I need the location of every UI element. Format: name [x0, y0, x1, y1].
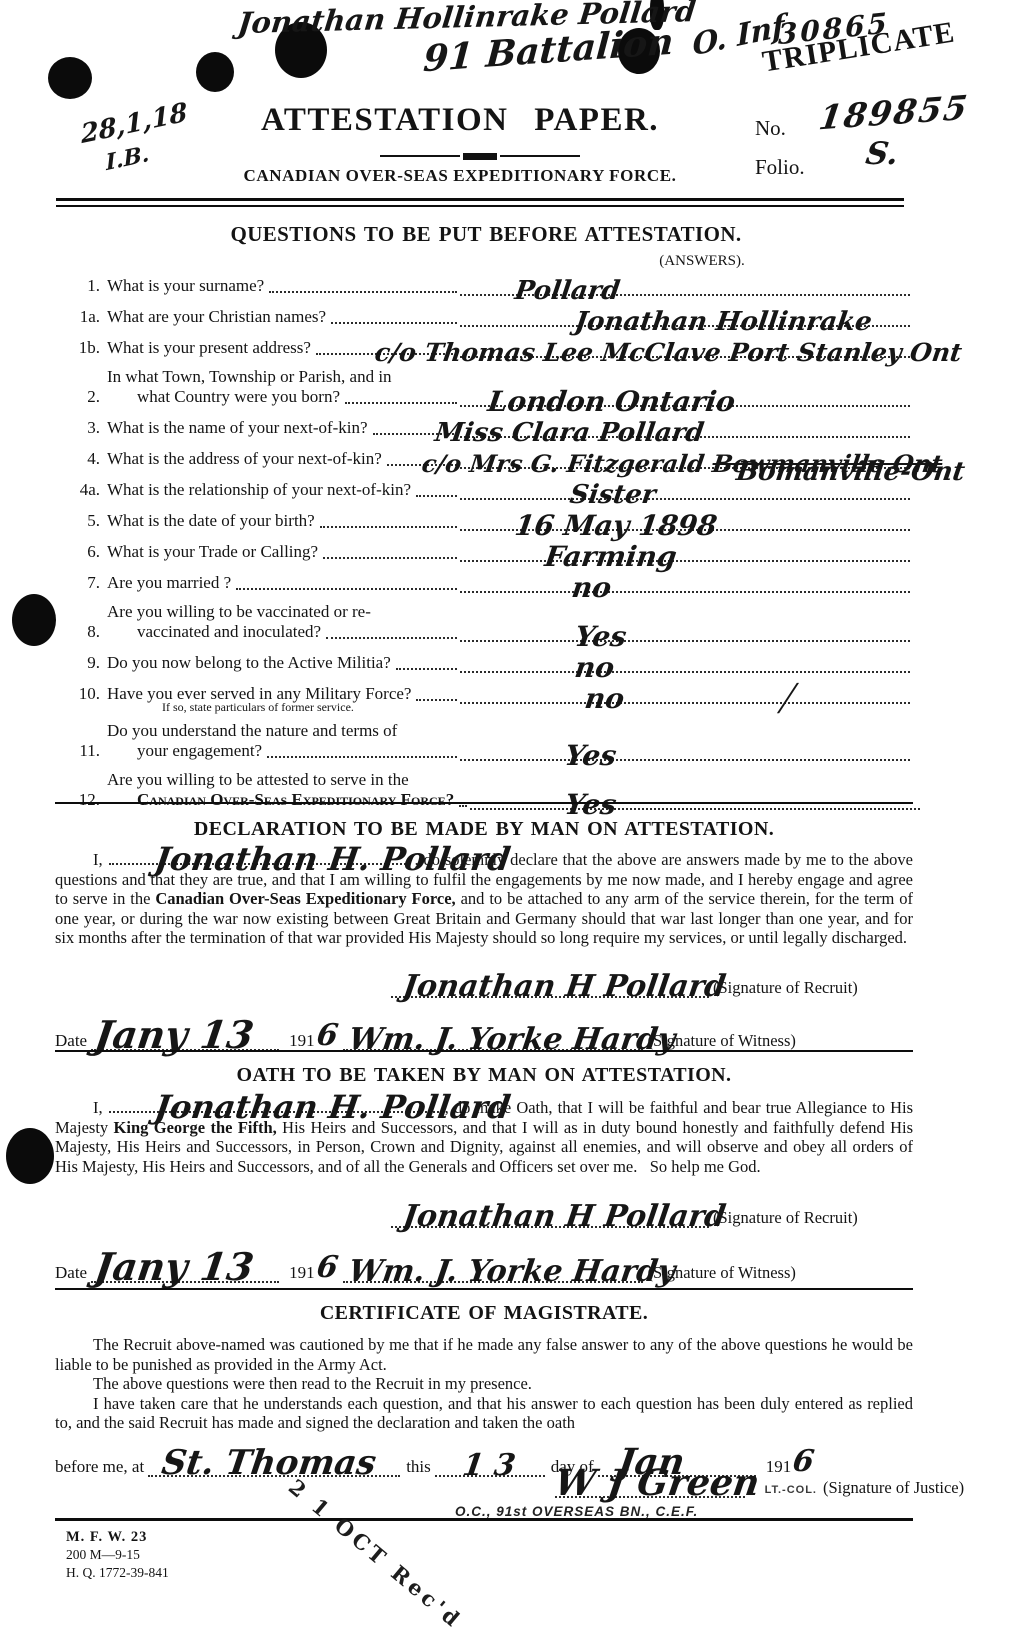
handwritten-declaration-name: Jonathan H. Pollard [115, 850, 511, 870]
intro-word: I, [93, 850, 103, 869]
date-label: Date [55, 1031, 87, 1051]
handwritten-oath-name: Jonathan H. Pollard [115, 1098, 511, 1118]
dotted-leader [416, 697, 457, 701]
subtitle: CANADIAN OVER-SEAS EXPEDITIONARY FORCE. [180, 166, 740, 186]
ink-blob [196, 52, 234, 92]
hq-code: H. Q. 1772-39-841 [66, 1564, 169, 1582]
handwritten-answer: no [571, 578, 613, 598]
question-row-3: 3. What is the name of your next-of-kin?… [62, 416, 910, 438]
question-text-line2: vaccinated and inoculated? [137, 622, 321, 642]
certificate-paragraph-1: The Recruit above-named was cautioned by… [55, 1335, 913, 1374]
declaration-body-bold: Canadian Over-Seas Expeditionary Force, [155, 889, 455, 908]
answer-line: Yes [460, 739, 910, 761]
double-rule-top [56, 198, 904, 201]
question-number: 8. [62, 622, 107, 642]
place-line: St. Thomas [148, 1457, 400, 1477]
recruit-signature-row: Jonathan H Pollard (Signature of Recruit… [55, 1208, 913, 1228]
question-row-1a: 1a. What are your Christian names? Jonat… [62, 305, 910, 327]
question-number: 9. [62, 653, 107, 673]
section-divider [55, 802, 913, 804]
question-row-4: 4. What is the address of your next-of-k… [62, 447, 910, 469]
question-text: Do you understand the nature and terms o… [107, 721, 460, 741]
oath-section: OATH TO BE TAKEN BY MAN ON ATTESTATION. … [55, 1052, 913, 1288]
handwritten-answer: c/o Thomas Lee McClave Port Stanley Ont [374, 343, 963, 363]
bottom-rule [55, 1518, 913, 1521]
date-label: Date [55, 1263, 87, 1283]
question-text: What is the address of your next-of-kin? [107, 449, 382, 469]
handwritten-year-digit: 6 [791, 1444, 817, 1479]
date-witness-row: Date Jany 13 191 6 Wm. J. Yorke Hardy (S… [55, 1248, 913, 1283]
question-text: What is your present address? [107, 338, 311, 358]
handwritten-answer: 16 May 1898 [514, 516, 719, 536]
question-row-1: 1. What is your surname? Pollard [62, 274, 910, 296]
question-text-line2: what Country were you born? [137, 387, 340, 407]
dotted-leader [331, 320, 457, 324]
handwritten-recruit-signature: Jonathan H Pollard [401, 1199, 728, 1234]
answers-label: (ANSWERS). [627, 253, 777, 270]
dotted-leader [267, 754, 457, 758]
question-row-12: 12. Are you willing to be attested to se… [62, 770, 910, 810]
question-row-4a: 4a. What is the relationship of your nex… [62, 478, 910, 500]
handwritten-check-mark: ╱ [779, 689, 797, 709]
double-rule-bottom [56, 205, 904, 207]
dotted-leader [345, 400, 457, 404]
question-number: 11. [62, 741, 107, 761]
ink-blob [12, 594, 56, 646]
oath-paragraph: I,Jonathan H. Pollard, do make Oath, tha… [55, 1097, 913, 1176]
question-text: In what Town, Township or Parish, and in [107, 367, 460, 387]
answer-line: no [460, 651, 910, 673]
certificate-paragraph-2: The above questions were then read to th… [55, 1374, 913, 1394]
question-number: 4a. [62, 480, 107, 500]
question-text-block: Are you willing to be vaccinated or re- … [107, 602, 460, 642]
date-line: Jany 13 [91, 1031, 279, 1051]
page-title: ATTESTATION PAPER. [180, 102, 740, 139]
answer-kept: c/o Mrs G. Fitzgerald [420, 449, 706, 478]
questions-section: QUESTIONS TO BE PUT BEFORE ATTESTATION. … [62, 222, 910, 819]
question-row-7: 7. Are you married ? no [62, 571, 910, 593]
dotted-leader [320, 524, 457, 528]
intro-word: I, [93, 1098, 103, 1117]
declaration-heading: DECLARATION TO BE MADE BY MAN ON ATTESTA… [55, 818, 913, 841]
question-number: 3. [62, 418, 107, 438]
answer-line: Jonathan Hollinrake [460, 305, 910, 327]
folio-label: Folio. [755, 155, 805, 180]
declaration-name-line: Jonathan H. Pollard [109, 849, 409, 865]
unit-stamp: O.C., 91st OVERSEAS BN., C.E.F. [455, 1504, 698, 1519]
answer-line: Farming [460, 540, 910, 562]
recruit-signature-label: (Signature of Recruit) [713, 978, 858, 998]
question-row-8: 8. Are you willing to be vaccinated or r… [62, 602, 910, 642]
question-number: 1a. [62, 307, 107, 327]
question-number: 2. [62, 387, 107, 407]
dotted-leader [269, 289, 457, 293]
witness-signature-line: Wm. J. Yorke Hardy [343, 1263, 643, 1283]
oath-heading: OATH TO BE TAKEN BY MAN ON ATTESTATION. [55, 1064, 913, 1087]
handwritten-year-digit: 6 [314, 1018, 340, 1053]
handwritten-year-digit: 6 [314, 1250, 340, 1285]
answer-line: no ╱ [460, 682, 910, 704]
handwritten-margin-date: 28,1,18 [80, 97, 188, 150]
recruit-signature-line: Jonathan H Pollard [391, 1208, 709, 1228]
justice-signature-row: W J GreenLT.-COL. (Signature of Justice) [55, 1478, 913, 1498]
answer-line: Miss Clara Pollard [460, 416, 910, 438]
handwritten-answer: Yes [574, 627, 628, 647]
answer-line: Yes [460, 620, 910, 642]
handwritten-answer: Jonathan Hollinrake [574, 312, 873, 332]
handwritten-answer-correction: Bomanville-Ont [736, 462, 966, 474]
declaration-section: DECLARATION TO BE MADE BY MAN ON ATTESTA… [55, 806, 913, 1050]
handwritten-answer: Miss Clara Pollard [434, 423, 705, 443]
justice-rank-stamp: LT.-COL. [765, 1484, 817, 1496]
answer-line: London Ontario [460, 385, 910, 407]
year-printed: 191 [289, 1031, 315, 1051]
question-text-block: Do you understand the nature and terms o… [107, 721, 460, 761]
year-printed: 191 [766, 1457, 792, 1477]
question-number: 7. [62, 573, 107, 593]
dotted-leader [326, 635, 457, 639]
handwritten-justice-signature: W J Green [552, 1462, 762, 1504]
justice-signature-label: (Signature of Justice) [823, 1478, 964, 1498]
recruit-signature-label: (Signature of Recruit) [713, 1208, 858, 1228]
question-text: What is your Trade or Calling? [107, 542, 318, 562]
question-text: Are you married ? [107, 573, 231, 593]
certificate-section: CERTIFICATE OF MAGISTRATE. The Recruit a… [55, 1290, 913, 1530]
question-row-9: 9. Do you now belong to the Active Milit… [62, 651, 910, 673]
question-text: Do you now belong to the Active Militia? [107, 653, 391, 673]
answer-line: Pollard [460, 274, 910, 296]
attestation-paper-page: Jonathan Hollinrake Pollard 91 Battalion… [0, 0, 1012, 1632]
question-number: 1b. [62, 338, 107, 358]
recruit-signature-line: Jonathan H Pollard [391, 978, 709, 998]
question-text-block: Are you willing to be attested to serve … [107, 770, 470, 810]
handwritten-answer: no [574, 658, 616, 678]
handwritten-answer: no [584, 689, 626, 709]
before-me-row: before me, at St. Thomas this 1 3 day of… [55, 1442, 913, 1477]
answer-line: c/o Thomas Lee McClave Port Stanley Ont [460, 336, 910, 358]
handwritten-place: St. Thomas [159, 1443, 378, 1483]
certificate-paragraph-3: I have taken care that he understands ea… [55, 1394, 913, 1433]
handwritten-answer: Sister [569, 485, 657, 505]
handwritten-recruit-signature: Jonathan H Pollard [401, 969, 728, 1004]
dotted-leader [396, 666, 457, 670]
handwritten-answer: Yes [564, 746, 618, 766]
question-text: What is the name of your next-of-kin? [107, 418, 368, 438]
handwritten-answer: Pollard [514, 281, 621, 301]
question-row-1b: 1b. What is your present address? c/o Th… [62, 336, 910, 358]
question-number: 4. [62, 449, 107, 469]
handwritten-attestation-number: 189855 [816, 88, 971, 138]
ink-blob [6, 1128, 54, 1184]
handwritten-witness-signature: Wm. J. Yorke Hardy [347, 1254, 678, 1289]
answer-line: 16 May 1898 [460, 509, 910, 531]
certificate-heading: CERTIFICATE OF MAGISTRATE. [55, 1302, 913, 1325]
this-label: this [406, 1457, 431, 1477]
form-codes: M. F. W. 23 200 M—9-15 H. Q. 1772-39-841 [66, 1528, 169, 1582]
question-row-6: 6. What is your Trade or Calling? Farmin… [62, 540, 910, 562]
justice-signature-line: W J GreenLT.-COL. [555, 1478, 745, 1498]
no-label: No. [755, 116, 786, 141]
form-code: M. F. W. 23 [66, 1528, 169, 1546]
question-number: 1. [62, 276, 107, 296]
witness-signature-line: Wm. J. Yorke Hardy [343, 1031, 643, 1051]
question-number: 6. [62, 542, 107, 562]
question-text-block: In what Town, Township or Parish, and in… [107, 367, 460, 407]
print-code: 200 M—9-15 [66, 1546, 169, 1564]
dotted-leader [236, 586, 457, 590]
question-row-2: 2. In what Town, Township or Parish, and… [62, 367, 910, 407]
question-text-line2: your engagement? [137, 741, 262, 761]
title-divider [380, 152, 580, 160]
oath-name-line: Jonathan H. Pollard [109, 1097, 439, 1113]
question-text: What is your surname? [107, 276, 264, 296]
handwritten-answer: Farming [544, 547, 678, 567]
question-number: 10. [62, 684, 107, 704]
declaration-paragraph: I,Jonathan H. Pollard, do solemnly decla… [55, 849, 913, 948]
handwritten-answer: London Ontario [487, 392, 737, 412]
handwritten-date: Jany 13 [92, 1244, 257, 1289]
questions-heading: QUESTIONS TO BE PUT BEFORE ATTESTATION. [62, 222, 910, 247]
question-text: What is the relationship of your next-of… [107, 480, 411, 500]
question-row-5: 5. What is the date of your birth? 16 Ma… [62, 509, 910, 531]
answer-line: Sister [460, 478, 910, 500]
question-text: Are you willing to be attested to serve … [107, 770, 470, 790]
question-text: What are your Christian names? [107, 307, 326, 327]
answer-line: c/o Mrs G. Fitzgerald Bowmanville Ont Bo… [460, 447, 910, 469]
handwritten-margin-initials: I.B. [105, 141, 150, 176]
before-me-label: before me, at [55, 1457, 144, 1477]
date-witness-row: Date Jany 13 191 6 Wm. J. Yorke Hardy (S… [55, 1016, 913, 1051]
year-printed: 191 [289, 1263, 315, 1283]
date-line: Jany 13 [91, 1263, 279, 1283]
dotted-leader [323, 555, 457, 559]
handwritten-folio-value: S. [863, 136, 900, 172]
recruit-signature-row: Jonathan H Pollard (Signature of Recruit… [55, 978, 913, 998]
answer-line: no [460, 571, 910, 593]
dotted-leader [416, 493, 457, 497]
question-number: 5. [62, 511, 107, 531]
ink-blob [48, 57, 92, 99]
question-text: Are you willing to be vaccinated or re- [107, 602, 460, 622]
question-row-11: 11. Do you understand the nature and ter… [62, 721, 910, 761]
question-text: What is the date of your birth? [107, 511, 315, 531]
day-line: 1 3 [435, 1457, 545, 1477]
